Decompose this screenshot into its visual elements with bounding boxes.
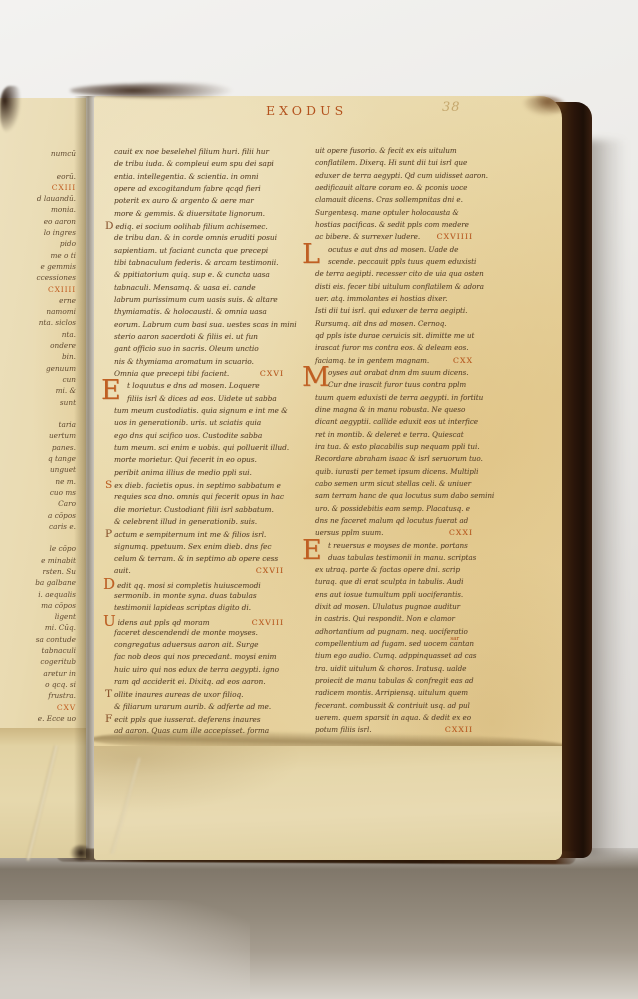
text-fragment: ondere <box>0 340 76 351</box>
text-line: auit.CXVII <box>114 565 284 577</box>
text-fragment: taria <box>0 419 76 430</box>
text-line: Sex dieb. facietis opus. in septimo sabb… <box>114 479 284 491</box>
chapter-numeral: CXXI <box>445 527 473 539</box>
text-line: uit opere fusorio. & fecit ex eis uitulu… <box>315 145 473 157</box>
line-text: cauit ex noe beselehel filium huri. fili… <box>114 146 269 158</box>
text-line: tibi tabnaculum federis. & arcam testimo… <box>114 257 284 269</box>
text-line: dns ne faceret malum qd locutus fuerat a… <box>315 515 473 527</box>
facing-page-text-fragments: numcūeorū.CXIIId lauandū.monia.eo aaronl… <box>0 148 76 724</box>
line-text: tibi tabnaculum federis. & arcam testimo… <box>114 257 278 269</box>
text-line: filiis isrl & dices ad eos. Uidete ut sa… <box>114 393 284 405</box>
text-fragment <box>0 408 76 419</box>
line-text: uro. & possidebitis eam semp. Placatusq.… <box>315 503 470 515</box>
text-fragment: Caro <box>0 498 76 509</box>
line-text: cabo semen urm sicut stellas celi. & uni… <box>315 478 471 490</box>
text-line: de terra aegipti. recesser cito de uia q… <box>315 268 473 280</box>
text-line: peribit anima illius de medio ppli sui. <box>114 467 284 479</box>
text-fragment: le cōpo <box>0 543 76 554</box>
text-fragment: e gemmis <box>0 261 76 272</box>
chapter-numeral-fragment: CXIIII <box>0 284 76 295</box>
line-text: Isti dii tui isrl. qui eduxer de terra a… <box>315 305 467 317</box>
line-text: fecerant. combussit & contriuit usq. ad … <box>315 700 470 712</box>
line-text: gant officio suo in sacris. Oleum unctio <box>114 343 259 355</box>
text-fragment: nta. siclos <box>0 317 76 328</box>
line-text: faciamq. te in gentem magnam. <box>315 355 429 367</box>
line-text: dine magna & in manu robusta. Ne queso <box>315 404 465 416</box>
line-text: sterio aaron sacerdoti & filiis ei. ut f… <box>114 331 258 343</box>
drop-initial: D <box>105 220 113 232</box>
text-fragment: unguet <box>0 464 76 475</box>
chapter-numeral-fragment: CXIII <box>0 182 76 193</box>
line-text: ocutus e aut dns ad mosen. Uade de <box>328 244 458 256</box>
text-fragment: cuo ms <box>0 487 76 498</box>
text-fragment: mi. Cūq. <box>0 622 76 633</box>
line-text: peribit anima illius de medio ppli sui. <box>114 467 252 479</box>
text-line: Et reuersus e moyses de monte. portans <box>315 540 473 552</box>
text-line: fac nob deos qui nos precedant. moysi en… <box>114 651 284 663</box>
text-column-left: cauit ex noe beselehel filium huri. fili… <box>114 146 284 738</box>
text-line: hostias pacificas. & sedit ppls com mede… <box>315 219 473 231</box>
text-fragment: sa contude <box>0 634 76 645</box>
line-text: ram qd acciderit ei. Dixitq. ad eos aaro… <box>114 676 266 688</box>
text-line: ex utraq. parte & factas opere dni. scri… <box>315 564 473 576</box>
line-text: huic uiro qui nos edux de terra aegypti.… <box>114 664 279 676</box>
text-fragment: panes. <box>0 442 76 453</box>
text-line: Omnia que precepi tibi facient.CXVI <box>114 368 284 380</box>
text-line: dixit ad mosen. Ululatus pugnae auditur <box>315 601 473 613</box>
line-text: auit. <box>114 565 131 577</box>
text-line: ret in montib. & deleret e terra. Quiesc… <box>315 429 473 441</box>
text-line: ego dns qui scifico uos. Custodite sabba <box>114 430 284 442</box>
text-line: tum meum custodiatis. quia signum e int … <box>114 405 284 417</box>
text-line: & celebrent illud in generationib. suis. <box>114 516 284 528</box>
line-text: oyses aut orabat dnm dm suum dicens. <box>328 367 469 379</box>
line-text: die morietur. Custodiant filii isrl sabb… <box>114 504 274 516</box>
text-line: Dedit qq. mosi si completis huiuscemodi <box>114 577 284 589</box>
text-line: cabo semen urm sicut stellas celi. & uni… <box>315 478 473 490</box>
text-line: eduxer de terra aegypti. Qd cum uidisset… <box>315 170 473 182</box>
line-text: conflatilem. Dixerq. Hi sunt dii tui isr… <box>315 157 467 169</box>
line-text: tum meum. sci enim e uobis. qui pollueri… <box>114 442 289 454</box>
drop-initial: P <box>105 528 112 540</box>
text-fragment: i. aequalis <box>0 589 76 600</box>
text-line: Fecit ppls que iusserat. deferens inaure… <box>114 713 284 725</box>
text-line: ram qd acciderit ei. Dixitq. ad eos aaro… <box>114 676 284 688</box>
text-line: Uidens aut ppls qd moramCXVIII <box>114 614 284 626</box>
text-line: ens aut iosue tumultum ppli uociferantis… <box>315 589 473 601</box>
line-text: ret in montib. & deleret e terra. Quiesc… <box>315 429 464 441</box>
line-text: entia. intellegentia. & scientia. in omn… <box>114 171 258 183</box>
line-text: duas tabulas testimonii in manu. scripta… <box>328 552 476 564</box>
text-line: tium ego audio. Cumq. adppinquasset ad c… <box>315 650 473 662</box>
text-line: aedificauit altare coram eo. & pconis uo… <box>315 182 473 194</box>
text-line: qd ppls iste durae ceruicis sit. dimitte… <box>315 330 473 342</box>
text-line: labrum purissimum cum uasis suis. & alta… <box>114 294 284 306</box>
text-fragment: tabnaculi <box>0 645 76 656</box>
text-fragment: mi. & <box>0 385 76 396</box>
text-line: uer. atq. immolantes ei hostias dixer. <box>315 293 473 305</box>
line-text: tuum quem eduxisti de terra aegypti. in … <box>315 392 483 404</box>
text-line: Recordare abraham isaac & isrl seruorum … <box>315 453 473 465</box>
line-text: ac bibere. & surrexer ludere. <box>315 231 420 243</box>
text-line: morte morietur. Qui fecerit in eo opus. <box>114 454 284 466</box>
line-text: proiecit de manu tabulas & confregit eas… <box>315 675 474 687</box>
text-column-right: uit opere fusorio. & fecit ex eis uitulu… <box>315 145 473 737</box>
text-line: gant officio suo in sacris. Oleum unctio <box>114 343 284 355</box>
text-line: ac bibere. & surrexer ludere.CXVIIII <box>315 231 473 243</box>
top-edge-stain <box>70 83 280 98</box>
text-line: duas tabulas testimonii in manu. scripta… <box>315 552 473 564</box>
text-line: cauit ex noe beselehel filium huri. fili… <box>114 146 284 158</box>
text-line: compellentium ad fugam. sed uocem cantan… <box>315 638 473 650</box>
line-text: nis & thymiama aromatum in scuario. <box>114 356 254 368</box>
line-text: & ppitiatorium quiq. sup e. & cuncta uas… <box>114 269 270 281</box>
text-line: opere ad excogitandum fabre qcqd fieri <box>114 183 284 195</box>
line-text: signumq. ppetuum. Sex enim dieb. dns fec <box>114 541 271 553</box>
text-line: de tribu dan. & in corde omnis eruditi p… <box>114 232 284 244</box>
line-text: hostias pacificas. & sedit ppls com mede… <box>315 219 469 231</box>
chapter-numeral: CXVIIII <box>433 231 473 243</box>
text-fragment: pido <box>0 238 76 249</box>
text-line: tra. uidit uitulum & choros. Iratusq. ua… <box>315 663 473 675</box>
text-line: tuum quem eduxisti de terra aegypti. in … <box>315 392 473 404</box>
top-right-edge-stain <box>520 96 566 116</box>
chapter-numeral: CXX <box>449 355 473 367</box>
chapter-numeral-fragment: CXV <box>0 702 76 713</box>
text-line: congregatus aduersus aaron ait. Surge <box>114 639 284 651</box>
line-text: dixit ad mosen. Ululatus pugnae auditur <box>315 601 460 613</box>
text-line: celum & terram. & in septimo ab opere ce… <box>114 553 284 565</box>
line-text: morte morietur. Qui fecerit in eo opus. <box>114 454 257 466</box>
interlinear-correction: sar <box>450 633 459 645</box>
text-line: Surgentesq. mane optuler holocausta & <box>315 207 473 219</box>
text-line: faceret descendendi de monte moyses. <box>114 627 284 639</box>
text-line: Cur dne irascit furor tuus contra pplm <box>315 379 473 391</box>
text-fragment: d lauandū. <box>0 193 76 204</box>
line-text: de tribu iuda. & compleui eum spu dei sa… <box>114 158 274 170</box>
text-fragment: erne <box>0 295 76 306</box>
text-line: die morietur. Custodiant filii isrl sabb… <box>114 504 284 516</box>
text-line: quib. iurasti per temet ipsum dicens. Mu… <box>315 466 473 478</box>
line-text: sam terram hanc de qua locutus sum dabo … <box>315 490 494 502</box>
text-fragment: sunt <box>0 397 76 408</box>
text-line: turaq. que di erat sculpta in tabulis. A… <box>315 576 473 588</box>
line-text: tabnaculi. Mensamq. & uasa ei. cande <box>114 282 256 294</box>
text-fragment: eorū. <box>0 171 76 182</box>
text-line: Isti dii tui isrl. qui eduxer de terra a… <box>315 305 473 317</box>
line-text: celum & terram. & in septimo ab opere ce… <box>114 553 278 565</box>
line-text: tum meum custodiatis. quia signum e int … <box>114 405 288 417</box>
text-line: signumq. ppetuum. Sex enim dieb. dns fec <box>114 541 284 553</box>
line-text: Cur dne irascit furor tuus contra pplm <box>328 379 466 391</box>
text-line: Moyses aut orabat dnm dm suum dicens. <box>315 367 473 379</box>
line-text: poterit ex auro & argento & aere mar <box>114 195 254 207</box>
text-line: Locutus e aut dns ad mosen. Uade de <box>315 244 473 256</box>
text-line: ira tua. & esto placabilis sup nequam pp… <box>315 441 473 453</box>
line-text: ira tua. & esto placabilis sup nequam pp… <box>315 441 479 453</box>
text-line: disti eis. fecer tibi uitulum conflatile… <box>315 281 473 293</box>
line-text: Surgentesq. mane optuler holocausta & <box>315 207 459 219</box>
text-fragment: uertum <box>0 430 76 441</box>
line-text: labrum purissimum cum uasis suis. & alta… <box>114 294 278 306</box>
line-text: uer. atq. immolantes ei hostias dixer. <box>315 293 447 305</box>
line-text: Rursumq. ait dns ad mosen. Cernoq. <box>315 318 447 330</box>
line-text: & filiarum urarum aurib. & adferte ad me… <box>114 701 271 713</box>
line-text: more & gemmis. & diuersitate lignorum. <box>114 208 265 220</box>
backdrop-highlight <box>0 900 250 999</box>
text-line: sapientiam. ut faciant cuncta que precep… <box>114 245 284 257</box>
line-text: filiis isrl & dices ad eos. Uidete ut sa… <box>127 393 277 405</box>
line-text: requies sca dno. omnis qui fecerit opus … <box>114 491 284 503</box>
text-fragment: ma cōpos <box>0 600 76 611</box>
line-text: t loquutus e dns ad mosen. Loquere <box>127 380 260 392</box>
text-line: Tollite inaures aureas de uxor filioq. <box>114 688 284 700</box>
text-line: poterit ex auro & argento & aere mar <box>114 195 284 207</box>
text-line: Rursumq. ait dns ad mosen. Cernoq. <box>315 318 473 330</box>
text-line: & ppitiatorium quiq. sup e. & cuncta uas… <box>114 269 284 281</box>
line-text: testimonii lapideas scriptas digito di. <box>114 602 251 614</box>
line-text: scende. peccauit ppls tuus quem eduxisti <box>328 256 476 268</box>
line-text: Recordare abraham isaac & isrl seruorum … <box>315 453 483 465</box>
text-line: testimonii lapideas scriptas digito di. <box>114 602 284 614</box>
text-fragment: nta. <box>0 329 76 340</box>
text-line: Pactum e sempiternum int me & filios isr… <box>114 528 284 540</box>
line-text: ex utraq. parte & factas opere dni. scri… <box>315 564 460 576</box>
line-text: dicant aegyptii. callide eduxit eos ut i… <box>315 416 478 428</box>
text-fragment: e minabit <box>0 555 76 566</box>
text-fragment: genuum <box>0 363 76 374</box>
text-line: sam terram hanc de qua locutus sum dabo … <box>315 490 473 502</box>
line-text: aedificauit altare coram eo. & pconis uo… <box>315 182 467 194</box>
text-line: nis & thymiama aromatum in scuario. <box>114 356 284 368</box>
drop-initial: T <box>105 688 112 700</box>
book-cast-shadow-right <box>586 140 626 856</box>
text-line: faciamq. te in gentem magnam.CXX <box>315 355 473 367</box>
text-line: eorum. Labrum cum basi sua. uestes scas … <box>114 319 284 331</box>
line-text: uersus pplm suum. <box>315 527 383 539</box>
line-text: & celebrent illud in generationib. suis. <box>114 516 257 528</box>
text-fragment: e. Ecce uo <box>0 713 76 724</box>
line-text: disti eis. fecer tibi uitulum conflatile… <box>315 281 484 293</box>
line-text: uos in generationib. uris. ut sciatis qu… <box>114 417 261 429</box>
line-text: congregatus aduersus aaron ait. Surge <box>114 639 258 651</box>
line-text: ego dns qui scifico uos. Custodite sabba <box>114 430 262 442</box>
text-line: Et loquutus e dns ad mosen. Loquere <box>114 380 284 392</box>
exposed-lower-leaf <box>94 746 562 860</box>
text-line: clamauit dicens. Cras sollempnitas dni e… <box>315 194 473 206</box>
line-text: Omnia que precepi tibi facient. <box>114 368 229 380</box>
text-fragment: frustra. <box>0 690 76 701</box>
chapter-numeral: CXVII <box>252 565 284 577</box>
text-fragment: rsten. Su <box>0 566 76 577</box>
text-line: requies sca dno. omnis qui fecerit opus … <box>114 491 284 503</box>
text-fragment <box>0 532 76 543</box>
manuscript-page: EXODUS 38 cauit ex noe beselehel filium … <box>94 96 562 860</box>
text-fragment: cun <box>0 374 76 385</box>
text-fragment: ne m. <box>0 476 76 487</box>
line-text: dns ne faceret malum qd locutus fuerat a… <box>315 515 468 527</box>
text-fragment: me o ti <box>0 250 76 261</box>
chapter-numeral: CXVI <box>256 368 284 380</box>
line-text: sermonib. in monte syna. duas tabulas <box>114 590 257 602</box>
text-fragment: numcū <box>0 148 76 159</box>
line-text: uerem. quem sparsit in aqua. & dedit ex … <box>315 712 471 724</box>
text-line: Dediq. ei socium oolihab filium achiseme… <box>114 220 284 232</box>
text-fragment: o qcq. si <box>0 679 76 690</box>
text-line: in castris. Qui respondit. Non e clamor <box>315 613 473 625</box>
text-line: fecerant. combussit & contriuit usq. ad … <box>315 700 473 712</box>
text-fragment: aretur in <box>0 668 76 679</box>
line-text: thymiamatis. & holocausti. & omnia uasa <box>114 306 267 318</box>
line-text: turaq. que di erat sculpta in tabulis. A… <box>315 576 463 588</box>
line-text: clamauit dicens. Cras sollempnitas dni e… <box>315 194 463 206</box>
text-line: more & gemmis. & diuersitate lignorum. <box>114 208 284 220</box>
line-text: in castris. Qui respondit. Non e clamor <box>315 613 455 625</box>
running-title: EXODUS <box>266 103 347 118</box>
gutter-foot-shadow <box>70 845 92 861</box>
text-line: uerem. quem sparsit in aqua. & dedit ex … <box>315 712 473 724</box>
text-line: entia. intellegentia. & scientia. in omn… <box>114 171 284 183</box>
text-fragment: cogeritub <box>0 656 76 667</box>
text-line: proiecit de manu tabulas & confregit eas… <box>315 675 473 687</box>
text-line: sermonib. in monte syna. duas tabulas <box>114 590 284 602</box>
text-line: uos in generationib. uris. ut sciatis qu… <box>114 417 284 429</box>
folio-number: 38 <box>442 100 461 115</box>
text-fragment: ba galbane <box>0 577 76 588</box>
line-text: uit opere fusorio. & fecit ex eis uitulu… <box>315 145 457 157</box>
drop-initial: F <box>105 713 112 725</box>
line-text: ens aut iosue tumultum ppli uociferantis… <box>315 589 463 601</box>
text-fragment: a cōpos <box>0 510 76 521</box>
line-text: radicem montis. Arripiensq. uitulum quem <box>315 687 468 699</box>
text-line: scende. peccauit ppls tuus quem eduxisti <box>315 256 473 268</box>
line-text: de tribu dan. & in corde omnis eruditi p… <box>114 232 277 244</box>
line-text: t reuersus e moyses de monte. portans <box>328 540 468 552</box>
text-line: tabnaculi. Mensamq. & uasa ei. cande <box>114 282 284 294</box>
spine-corner-stain <box>0 86 24 134</box>
text-line: uro. & possidebitis eam semp. Placatusq.… <box>315 503 473 515</box>
line-text: irascat furor ms contra eos. & deleam eo… <box>315 342 468 354</box>
text-fragment: ligent <box>0 611 76 622</box>
text-fragment: ccessiones <box>0 272 76 283</box>
text-line: conflatilem. Dixerq. Hi sunt dii tui isr… <box>315 157 473 169</box>
text-line: tum meum. sci enim e uobis. qui pollueri… <box>114 442 284 454</box>
text-line: uersus pplm suum.CXXI <box>315 527 473 539</box>
manuscript-photo: numcūeorū.CXIIId lauandū.monia.eo aaronl… <box>0 0 638 999</box>
text-line: thymiamatis. & holocausti. & omnia uasa <box>114 306 284 318</box>
text-line: & filiarum urarum aurib. & adferte ad me… <box>114 701 284 713</box>
line-text: tium ego audio. Cumq. adppinquasset ad c… <box>315 650 476 662</box>
line-text: qd ppls iste durae ceruicis sit. dimitte… <box>315 330 474 342</box>
line-text: opere ad excogitandum fabre qcqd fieri <box>114 183 261 195</box>
text-fragment <box>0 159 76 170</box>
text-fragment: q tange <box>0 453 76 464</box>
line-text: eorum. Labrum cum basi sua. uestes scas … <box>114 319 297 331</box>
line-text: de terra aegipti. recesser cito de uia q… <box>315 268 484 280</box>
text-line: sterio aaron sacerdoti & filiis ei. ut f… <box>114 331 284 343</box>
text-line: irascat furor ms contra eos. & deleam eo… <box>315 342 473 354</box>
text-fragment: eo aaron <box>0 216 76 227</box>
text-line: dine magna & in manu robusta. Ne queso <box>315 404 473 416</box>
line-text: faceret descendendi de monte moyses. <box>114 627 258 639</box>
text-fragment: caris e. <box>0 521 76 532</box>
text-fragment: bin. <box>0 351 76 362</box>
line-text: tra. uidit uitulum & choros. Iratusq. ua… <box>315 663 466 675</box>
line-text: eduxer de terra aegypti. Qd cum uidisset… <box>315 170 488 182</box>
text-line: de tribu iuda. & compleui eum spu dei sa… <box>114 158 284 170</box>
line-text: adhortantium ad pugnam. neq. uociferatio <box>315 626 468 638</box>
line-text: fac nob deos qui nos precedant. moysi en… <box>114 651 276 663</box>
text-line: radicem montis. Arripiensq. uitulum quem <box>315 687 473 699</box>
drop-initial: S <box>105 479 112 491</box>
text-fragment: namomi <box>0 306 76 317</box>
text-fragment: monia. <box>0 204 76 215</box>
text-fragment: lo ingres <box>0 227 76 238</box>
text-line: dicant aegyptii. callide eduxit eos ut i… <box>315 416 473 428</box>
line-text: quib. iurasti per temet ipsum dicens. Mu… <box>315 466 478 478</box>
text-line: huic uiro qui nos edux de terra aegypti.… <box>114 664 284 676</box>
line-text: sapientiam. ut faciant cuncta que precep… <box>114 245 268 257</box>
